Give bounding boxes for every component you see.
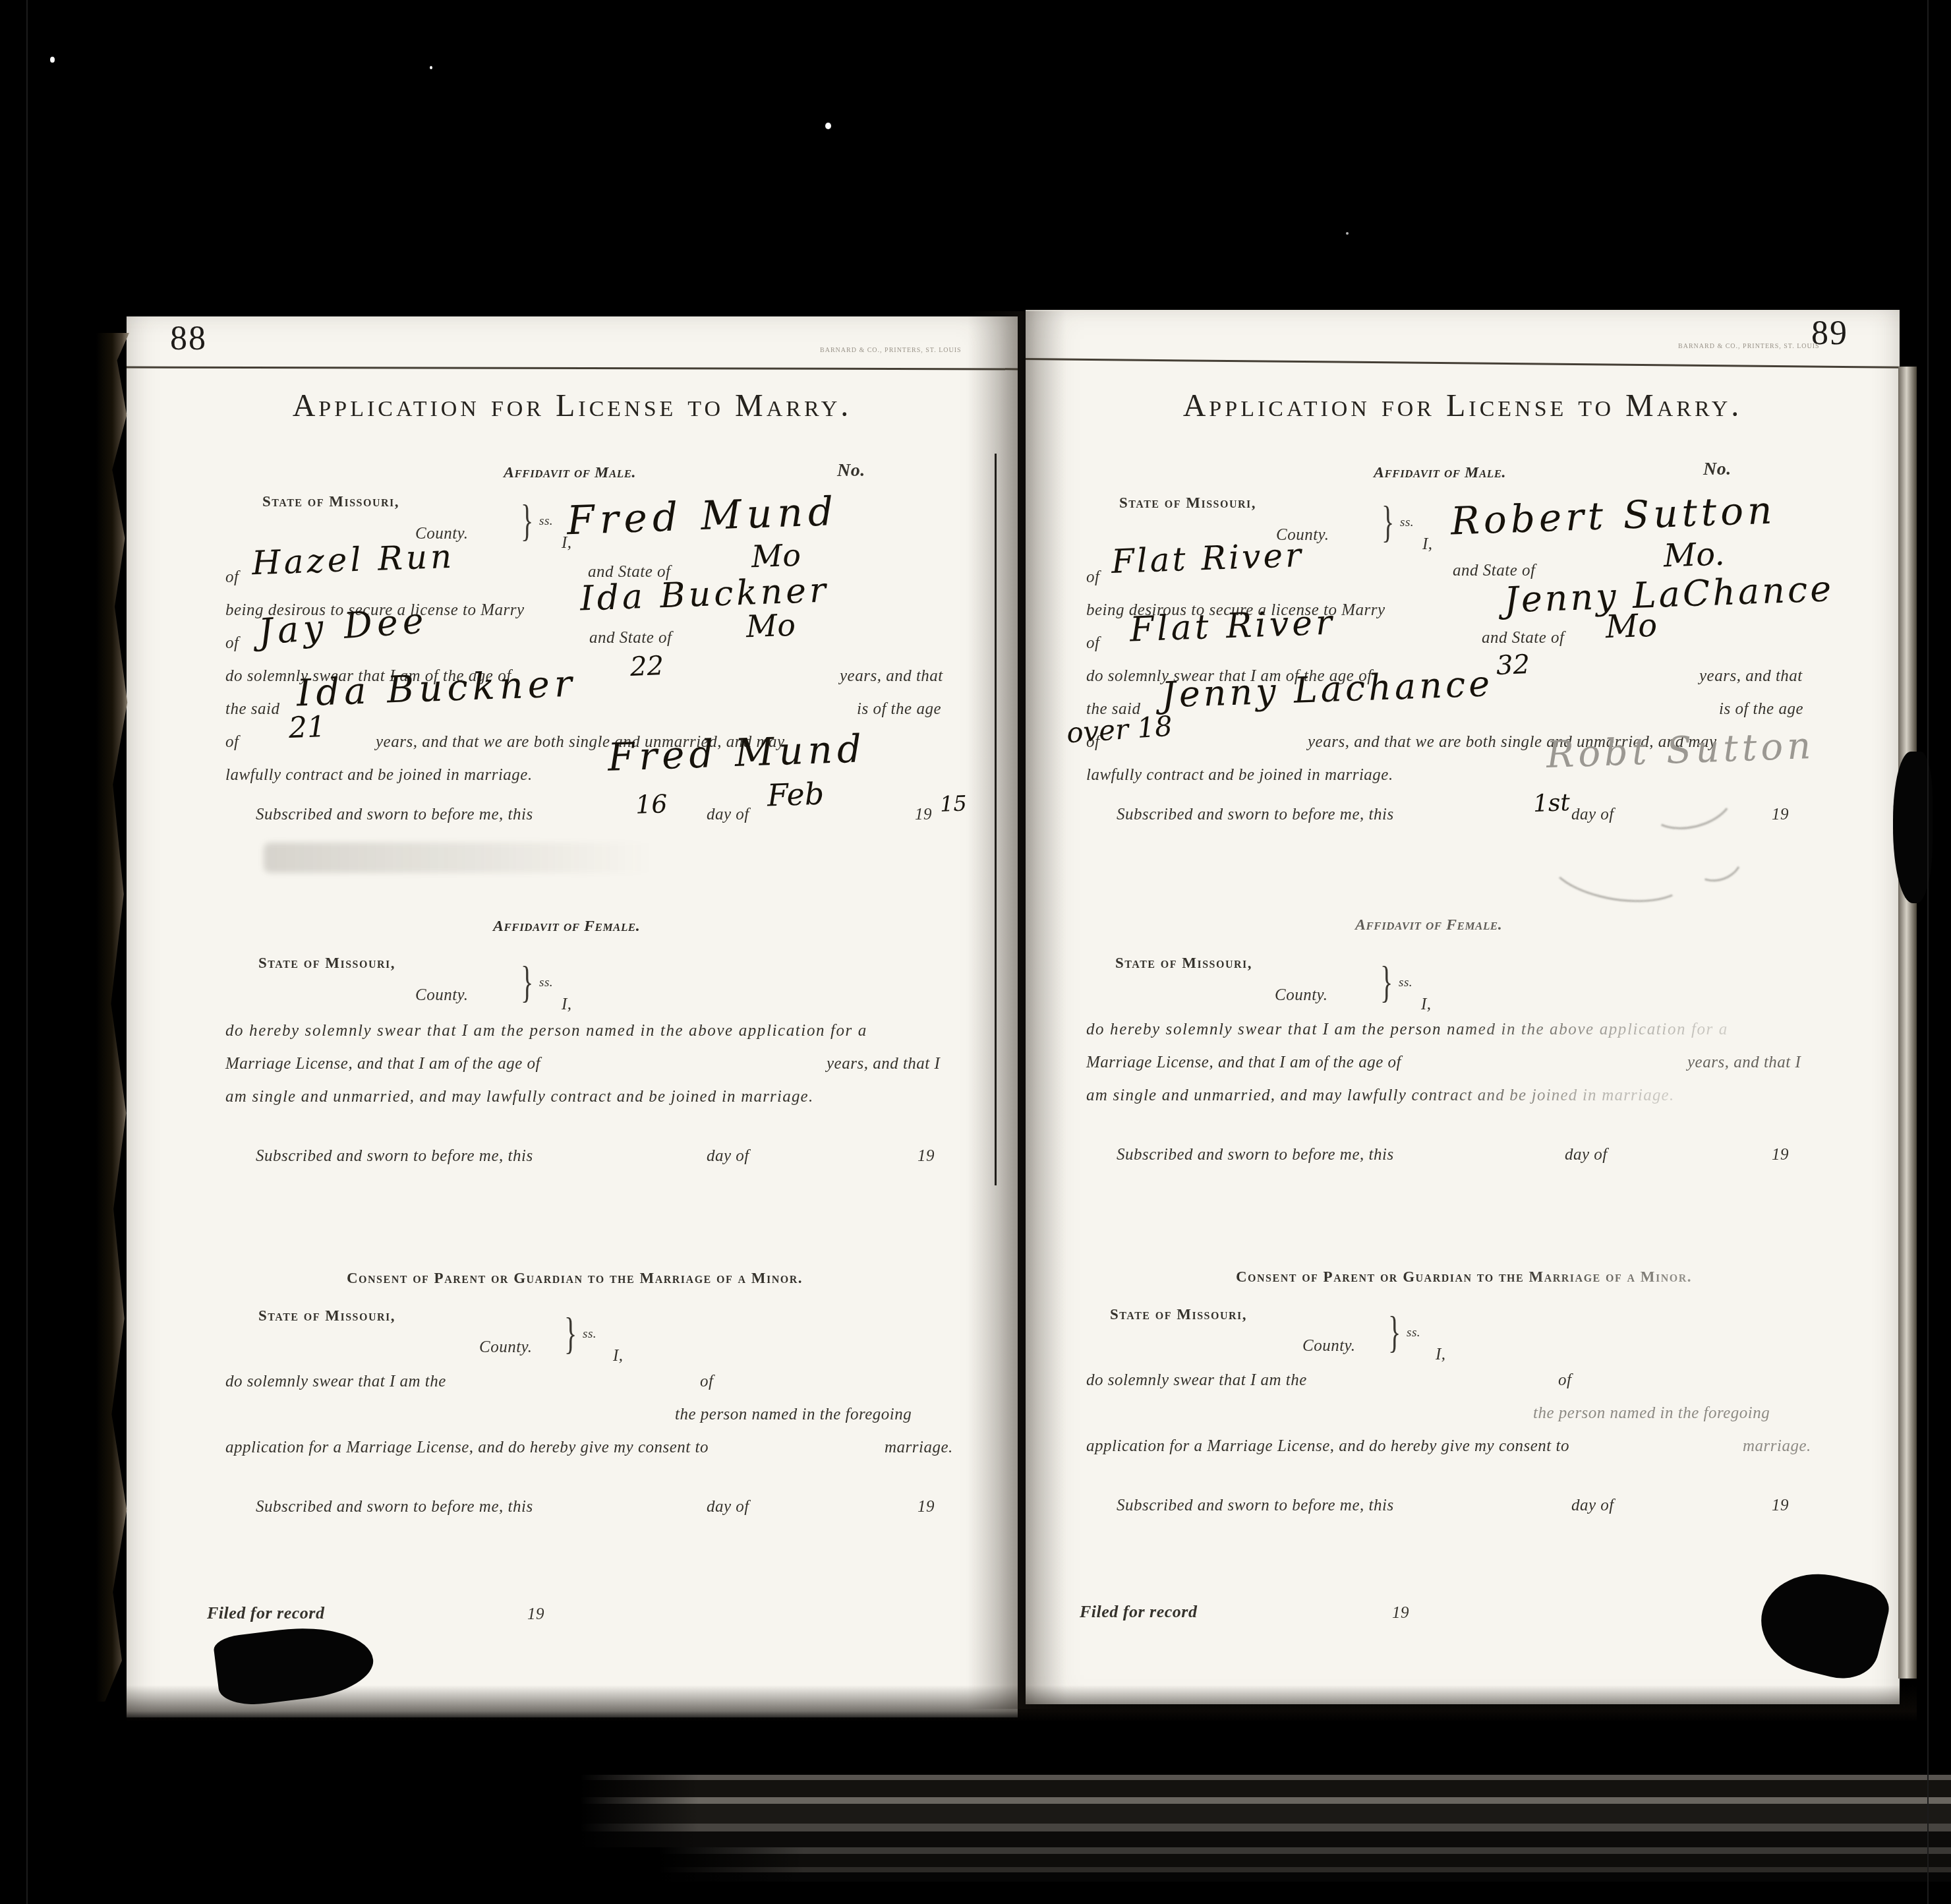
no-label: No. bbox=[1703, 459, 1732, 480]
affidavit-female-heading: Affidavit of Female. bbox=[1355, 916, 1502, 934]
handwritten-groom-name: Fred Mund bbox=[566, 489, 840, 544]
day-of-label: day of bbox=[707, 806, 749, 824]
faded-stamp-smudge bbox=[264, 843, 653, 873]
page-title: Application for License to Marry. bbox=[1026, 388, 1900, 424]
i-label: I, bbox=[562, 996, 572, 1014]
female-years-and-that-i: years, and that I bbox=[1687, 1054, 1801, 1072]
year-19-label: 19 bbox=[1772, 806, 1789, 824]
consent-line1: do solemnly swear that I am the bbox=[1086, 1371, 1307, 1390]
female-affidavit-line3: am single and unmarried, and may lawfull… bbox=[1086, 1086, 1674, 1105]
of-label: of bbox=[1558, 1371, 1571, 1390]
film-speck bbox=[1346, 232, 1349, 235]
page-title: Application for License to Marry. bbox=[127, 388, 1018, 424]
consent-line1: do solemnly swear that I am the bbox=[225, 1373, 446, 1391]
no-label: No. bbox=[837, 460, 865, 481]
handwritten-groom-age: 32 bbox=[1496, 649, 1530, 681]
female-years-and-that-i: years, and that I bbox=[827, 1055, 940, 1073]
ss-label: ss. bbox=[1399, 976, 1412, 990]
affidavit-female-heading: Affidavit of Female. bbox=[493, 918, 640, 936]
year-19-label: 19 bbox=[917, 1498, 935, 1516]
brace-glyph: } bbox=[1382, 496, 1394, 549]
female-affidavit-line1: do hereby solemnly swear that I am the p… bbox=[225, 1022, 867, 1040]
handwritten-bride-age: 21 bbox=[288, 710, 326, 745]
county-label: County. bbox=[1275, 986, 1328, 1005]
affidavit-male-heading: Affidavit of Male. bbox=[1374, 464, 1506, 482]
state-of-missouri: State of Missouri, bbox=[262, 493, 399, 510]
handwritten-bride-place: Flat River bbox=[1129, 603, 1336, 650]
scanner-stripes-lower bbox=[0, 1847, 1951, 1882]
handwritten-month: Feb bbox=[767, 776, 825, 814]
of-label: of bbox=[225, 634, 239, 653]
state-of-missouri: State of Missouri, bbox=[1115, 955, 1252, 972]
page-bottom-shadow bbox=[127, 1685, 1917, 1722]
i-label: I, bbox=[1436, 1346, 1446, 1364]
of-label: of bbox=[1086, 634, 1099, 653]
film-speck bbox=[50, 57, 55, 63]
film-speck bbox=[430, 66, 432, 69]
film-frame-line bbox=[26, 0, 28, 1904]
consent-heading: Consent of Parent or Guardian to the Mar… bbox=[206, 1270, 944, 1287]
consent-line2: application for a Marriage License, and … bbox=[1086, 1437, 1569, 1456]
edge-dark-patch bbox=[1893, 752, 1933, 903]
filed-for-record: Filed for record bbox=[207, 1603, 324, 1623]
i-label: I, bbox=[613, 1347, 624, 1365]
film-frame-line bbox=[1927, 0, 1929, 1904]
handwritten-groom-age: 22 bbox=[629, 651, 664, 682]
page-number: 88 bbox=[170, 319, 207, 358]
affidavit-male-heading: Affidavit of Male. bbox=[504, 464, 636, 482]
ss-label: ss. bbox=[539, 514, 553, 529]
county-label: County. bbox=[415, 986, 469, 1005]
day-of-label: day of bbox=[707, 1147, 749, 1166]
handwritten-signature: Fred Mund bbox=[607, 726, 867, 780]
printer-mark: BARNARD & CO., PRINTERS, ST. LOUIS bbox=[1678, 343, 1820, 350]
and-state-of-label: and State of bbox=[1453, 562, 1535, 580]
handwritten-year: 15 bbox=[939, 790, 967, 816]
marriage-word: marriage. bbox=[885, 1439, 953, 1457]
handwritten-bride-name: Jenny LaChance bbox=[1503, 568, 1834, 620]
handwritten-groom-place: Flat River bbox=[1111, 536, 1304, 581]
faint-pen-scrawl bbox=[1544, 825, 1695, 912]
subscribed-line: Subscribed and sworn to before me, this bbox=[256, 1147, 533, 1166]
day-of-label: day of bbox=[1571, 1497, 1614, 1515]
subscribed-line: Subscribed and sworn to before me, this bbox=[256, 1498, 533, 1516]
i-label: I, bbox=[1421, 996, 1432, 1014]
is-of-age-label: is of the age bbox=[857, 700, 941, 719]
i-label: I, bbox=[1422, 535, 1433, 554]
brace-glyph: } bbox=[1388, 1306, 1401, 1359]
marriage-word: marriage. bbox=[1743, 1437, 1811, 1456]
consent-person-line: the person named in the foregoing bbox=[1533, 1404, 1770, 1423]
years-and-that: years, and that bbox=[840, 667, 943, 686]
day-of-label: day of bbox=[707, 1498, 749, 1516]
state-of-missouri: State of Missouri, bbox=[258, 1307, 395, 1324]
and-state-of-label: and State of bbox=[1482, 629, 1564, 647]
county-label: County. bbox=[1302, 1337, 1356, 1355]
film-speck bbox=[825, 123, 831, 129]
handwritten-said-bride: Ida Buckner bbox=[296, 663, 577, 715]
handwritten-groom-place: Hazel Run bbox=[251, 537, 455, 583]
state-of-missouri: State of Missouri, bbox=[1110, 1306, 1247, 1323]
and-state-of-label: and State of bbox=[589, 629, 672, 647]
consent-person-line: the person named in the foregoing bbox=[675, 1406, 912, 1424]
microfilm-scan: 88 BARNARD & CO., PRINTERS, ST. LOUIS Ap… bbox=[0, 0, 1951, 1904]
day-of-label: day of bbox=[1565, 1146, 1608, 1164]
page-edge-sliver bbox=[1898, 367, 1917, 1679]
brace-glyph: } bbox=[521, 494, 533, 547]
year-19-label: 19 bbox=[917, 1147, 935, 1166]
subscribed-line: Subscribed and sworn to before me, this bbox=[1117, 806, 1394, 824]
year-19-label: 19 bbox=[915, 806, 932, 824]
ss-label: ss. bbox=[583, 1327, 597, 1342]
subscribed-line: Subscribed and sworn to before me, this bbox=[1117, 1146, 1394, 1164]
year-19-label: 19 bbox=[1772, 1146, 1789, 1164]
state-of-missouri: State of Missouri, bbox=[258, 955, 395, 972]
female-affidavit-line2: Marriage License, and that I am of the a… bbox=[1086, 1054, 1401, 1072]
brace-glyph: } bbox=[564, 1307, 577, 1360]
brace-glyph: } bbox=[521, 956, 533, 1009]
ss-label: ss. bbox=[1400, 516, 1414, 530]
of-label: of bbox=[225, 733, 239, 752]
year-19-label: 19 bbox=[527, 1605, 544, 1624]
gutter-shadow bbox=[968, 311, 1066, 1709]
female-affidavit-line1: do hereby solemnly swear that I am the p… bbox=[1086, 1021, 1728, 1039]
of-label: of bbox=[1086, 568, 1099, 587]
handwritten-bride-age: over 18 bbox=[1065, 709, 1173, 749]
handwritten-day: 1st bbox=[1532, 789, 1570, 818]
female-affidavit-line3: am single and unmarried, and may lawfull… bbox=[225, 1088, 813, 1106]
printer-mark: BARNARD & CO., PRINTERS, ST. LOUIS bbox=[820, 347, 962, 354]
county-label: County. bbox=[479, 1338, 533, 1357]
handwritten-signature: Robt Sutton bbox=[1546, 725, 1815, 777]
left-page: 88 BARNARD & CO., PRINTERS, ST. LOUIS Ap… bbox=[127, 316, 1018, 1717]
handwritten-bride-state: Mo bbox=[745, 607, 796, 645]
ss-label: ss. bbox=[1407, 1326, 1420, 1340]
years-and-that: years, and that bbox=[1699, 667, 1803, 686]
handwritten-groom-state: Mo bbox=[751, 537, 801, 575]
right-page: 89 BARNARD & CO., PRINTERS, ST. LOUIS Ap… bbox=[1026, 310, 1900, 1704]
of-label: of bbox=[700, 1373, 713, 1391]
state-of-missouri: State of Missouri, bbox=[1119, 494, 1256, 512]
female-affidavit-line2: Marriage License, and that I am of the a… bbox=[225, 1055, 540, 1073]
filed-for-record: Filed for record bbox=[1080, 1602, 1197, 1622]
year-19-label: 19 bbox=[1392, 1604, 1409, 1622]
day-of-label: day of bbox=[1571, 806, 1614, 824]
consent-heading: Consent of Parent or Guardian to the Mar… bbox=[1065, 1268, 1863, 1286]
lawfully-line: lawfully contract and be joined in marri… bbox=[225, 766, 533, 785]
subscribed-line: Subscribed and sworn to before me, this bbox=[1117, 1497, 1394, 1515]
of-label: of bbox=[225, 568, 239, 587]
subscribed-line: Subscribed and sworn to before me, this bbox=[256, 806, 533, 824]
brace-glyph: } bbox=[1380, 956, 1393, 1009]
handwritten-bride-state: Mo bbox=[1605, 607, 1658, 646]
consent-line2: application for a Marriage License, and … bbox=[225, 1439, 709, 1457]
handwritten-groom-state: Mo. bbox=[1663, 535, 1725, 574]
scanner-stripes bbox=[0, 1775, 1951, 1847]
is-of-age-label: is of the age bbox=[1719, 700, 1803, 719]
page-stack-edge bbox=[69, 333, 129, 1702]
handwritten-day: 16 bbox=[635, 789, 668, 819]
ss-label: ss. bbox=[539, 976, 553, 990]
year-19-label: 19 bbox=[1772, 1497, 1789, 1515]
handwritten-groom-name: Robert Sutton bbox=[1450, 487, 1777, 543]
the-said-label: the said bbox=[225, 700, 279, 719]
faint-pen-scrawl bbox=[1687, 835, 1747, 888]
lawfully-line: lawfully contract and be joined in marri… bbox=[1086, 766, 1393, 785]
